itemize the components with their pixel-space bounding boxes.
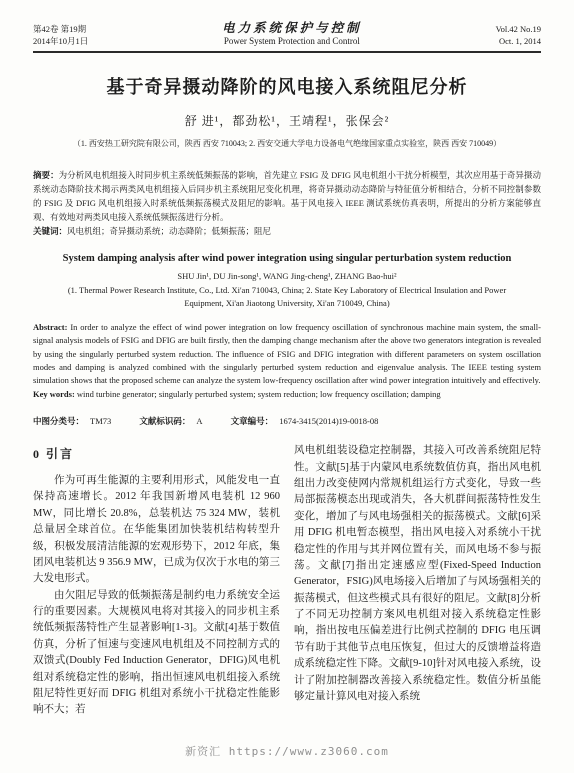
abstract-cn-label: 摘要： bbox=[33, 170, 59, 180]
doc-code-label: 文献标识码： bbox=[139, 416, 190, 426]
authors-cn: 舒 进¹，都劲松¹，王靖程¹，张保会² bbox=[33, 112, 541, 129]
abstract-en: Abstract: In order to analyze the effect… bbox=[33, 321, 541, 402]
doc-code-value: A bbox=[196, 416, 202, 426]
abstract-cn: 摘要：为分析风电机组接入时同步机主系统低频振荡的影响，首先建立 FSIG 及 D… bbox=[33, 169, 541, 238]
affiliation-cn: （1. 西安热工研究院有限公司，陕西 西安 710043; 2. 西安交通大学电… bbox=[33, 138, 541, 149]
right-column: 风电机组装设稳定控制器，其接入可改善系统阻尼特性。文献[5]基于内蒙风电系统数值… bbox=[294, 443, 541, 718]
volume-issue-cn: 第42卷 第19期 bbox=[33, 23, 88, 35]
keywords-cn-text: 风电机组；奇异摄动系统；动态降阶；低频振荡；阻尼 bbox=[67, 226, 271, 236]
header-center: 电力系统保护与控制 Power System Protection and Co… bbox=[88, 22, 495, 47]
date-cn: 2014年10月1日 bbox=[33, 35, 88, 47]
clc-label: 中图分类号： bbox=[33, 416, 84, 426]
footer-watermark: 新资汇 https://www.z3060.com bbox=[0, 743, 574, 759]
abstract-en-label: Abstract: bbox=[33, 322, 70, 332]
header-right: Vol.42 No.19 Oct. 1, 2014 bbox=[496, 23, 541, 48]
journal-header: 第42卷 第19期 2014年10月1日 电力系统保护与控制 Power Sys… bbox=[33, 22, 541, 53]
journal-title-en: Power System Protection and Control bbox=[88, 36, 495, 48]
journal-title-cn: 电力系统保护与控制 bbox=[88, 22, 495, 36]
section-0-heading: 0 引言 bbox=[33, 445, 280, 464]
abstract-cn-text: 为分析风电机组接入时同步机主系统低频振荡的影响，首先建立 FSIG 及 DFIG… bbox=[33, 170, 541, 221]
clc-number: 中图分类号：TM73 bbox=[33, 415, 111, 427]
article-id-label: 文章编号： bbox=[231, 416, 274, 426]
document-code: 文献标识码：A bbox=[139, 415, 202, 427]
left-column: 0 引言 作为可再生能源的主要利用形式，风能发电一直保持高速增长。2012 年我… bbox=[33, 443, 280, 718]
article-id: 文章编号：1674-3415(2014)19-0018-08 bbox=[231, 415, 379, 427]
paper-title-en: System damping analysis after wind power… bbox=[33, 253, 541, 264]
paper-title-cn: 基于奇异摄动降阶的风电接入系统阻尼分析 bbox=[33, 73, 541, 99]
affiliation-en: (1. Thermal Power Research Institute, Co… bbox=[33, 284, 541, 310]
paper-page: 第42卷 第19期 2014年10月1日 电力系统保护与控制 Power Sys… bbox=[0, 0, 574, 773]
keywords-en-label: Key words: bbox=[33, 389, 77, 399]
body-paragraph: 作为可再生能源的主要利用形式，风能发电一直保持高速增长。2012 年我国新增风电… bbox=[33, 473, 280, 588]
article-id-value: 1674-3415(2014)19-0018-08 bbox=[279, 416, 378, 426]
abstract-en-text: In order to analyze the effect of wind p… bbox=[33, 322, 541, 386]
clc-value: TM73 bbox=[90, 416, 111, 426]
classification-line: 中图分类号：TM73 文献标识码：A 文章编号：1674-3415(2014)1… bbox=[33, 415, 541, 427]
keywords-en-text: wind turbine generator; singularly pertu… bbox=[77, 389, 441, 399]
body-paragraph: 风电机组装设稳定控制器，其接入可改善系统阻尼特性。文献[5]基于内蒙风电系统数值… bbox=[294, 443, 541, 705]
authors-en: SHU Jin¹, DU Jin-song¹, WANG Jing-cheng¹… bbox=[33, 271, 541, 281]
body-paragraph: 由欠阻尼导致的低频振荡是制约电力系统安全运行的重要因素。大规模风电将对其接入的同… bbox=[33, 588, 280, 719]
date-en: Oct. 1, 2014 bbox=[496, 35, 541, 47]
footer-site-link[interactable]: 新资汇 https://www.z3060.com bbox=[185, 745, 389, 758]
keywords-cn-label: 关键词： bbox=[33, 226, 67, 236]
volume-issue-en: Vol.42 No.19 bbox=[496, 23, 541, 35]
body-columns: 0 引言 作为可再生能源的主要利用形式，风能发电一直保持高速增长。2012 年我… bbox=[33, 443, 541, 718]
header-left: 第42卷 第19期 2014年10月1日 bbox=[33, 23, 88, 48]
